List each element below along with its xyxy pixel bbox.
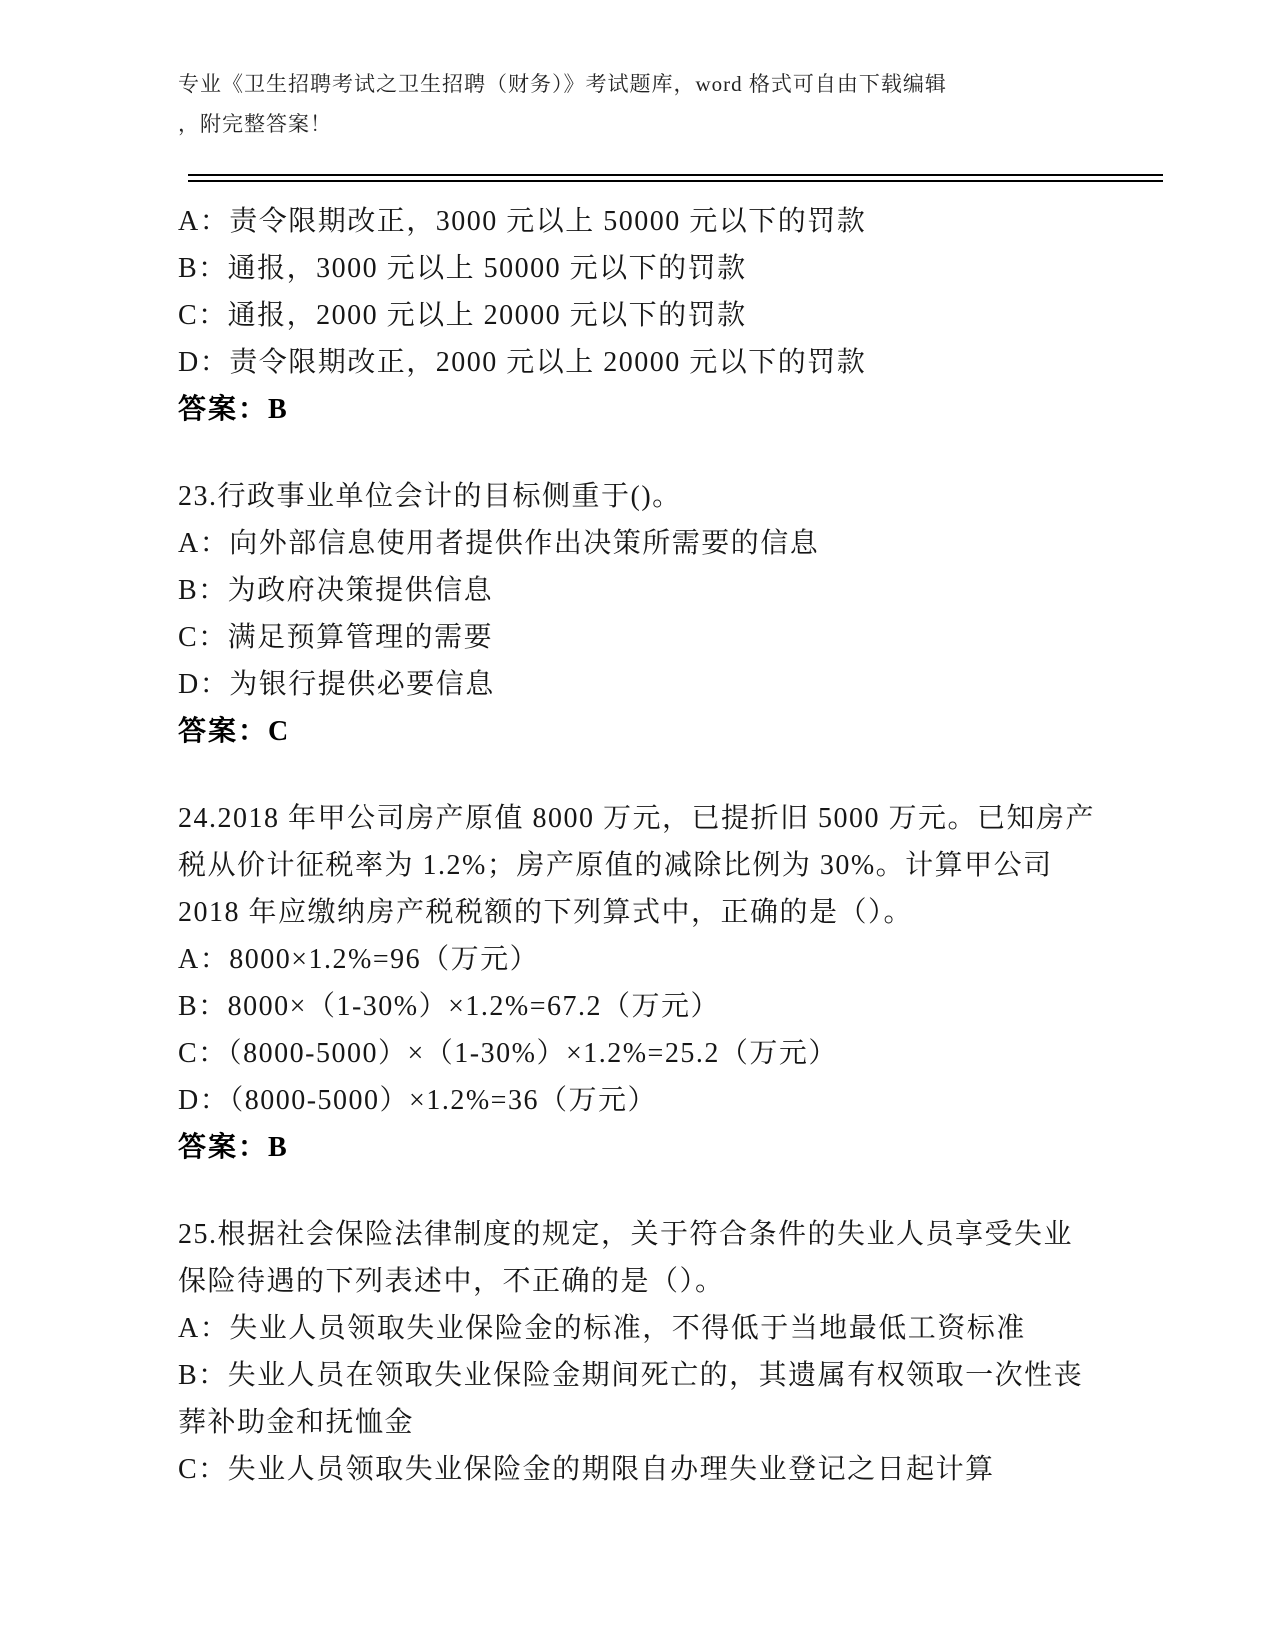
question-stem: 23.行政事业单位会计的目标侧重于()。 — [178, 473, 1120, 520]
option-line-d: D：（8000-5000）×1.2%=36（万元） — [178, 1077, 1120, 1124]
option-line-c: C：（8000-5000）×（1-30%）×1.2%=25.2（万元） — [178, 1030, 1120, 1077]
document-page: 专业《卫生招聘考试之卫生招聘（财务）》考试题库，word 格式可自由下载编辑 ，… — [0, 0, 1275, 1650]
question-stem-line-2: 保险待遇的下列表述中，不正确的是（）。 — [178, 1258, 1120, 1305]
answer-line: 答案：B — [178, 1124, 1120, 1171]
question-stem-line-1: 25.根据社会保险法律制度的规定，关于符合条件的失业人员享受失业 — [178, 1211, 1120, 1258]
option-line-b: B：失业人员在领取失业保险金期间死亡的，其遗属有权领取一次性丧 — [178, 1352, 1120, 1399]
option-line-b: B：8000×（1-30%）×1.2%=67.2（万元） — [178, 983, 1120, 1030]
option-line-c: C：满足预算管理的需要 — [178, 614, 1120, 661]
option-line-c: C：通报，2000 元以上 20000 元以下的罚款 — [178, 292, 1120, 339]
question-block-22: A：责令限期改正，3000 元以上 50000 元以下的罚款 B：通报，3000… — [178, 198, 1120, 433]
answer-line: 答案：C — [178, 708, 1120, 755]
question-block-24: 24.2018 年甲公司房产原值 8000 万元，已提折旧 5000 万元。已知… — [178, 795, 1120, 1171]
question-block-25: 25.根据社会保险法律制度的规定，关于符合条件的失业人员享受失业 保险待遇的下列… — [178, 1211, 1120, 1493]
option-line-b: B：通报，3000 元以上 50000 元以下的罚款 — [178, 245, 1120, 292]
option-line-d: D：为银行提供必要信息 — [178, 661, 1120, 708]
option-line-a: A：8000×1.2%=96（万元） — [178, 936, 1120, 983]
header-line-2: ，附完整答案！ — [178, 104, 1120, 144]
option-line-c: C：失业人员领取失业保险金的期限自办理失业登记之日起计算 — [178, 1446, 1120, 1493]
option-line-a: A：失业人员领取失业保险金的标准，不得低于当地最低工资标准 — [178, 1305, 1120, 1352]
document-header: 专业《卫生招聘考试之卫生招聘（财务）》考试题库，word 格式可自由下载编辑 ，… — [178, 64, 1120, 144]
header-line-1: 专业《卫生招聘考试之卫生招聘（财务）》考试题库，word 格式可自由下载编辑 — [178, 64, 1120, 104]
question-stem-line-3: 2018 年应缴纳房产税税额的下列算式中，正确的是（）。 — [178, 889, 1120, 936]
document-content: 专业《卫生招聘考试之卫生招聘（财务）》考试题库，word 格式可自由下载编辑 ，… — [178, 64, 1120, 1493]
option-line-b-wrap: 葬补助金和抚恤金 — [178, 1399, 1120, 1446]
question-block-23: 23.行政事业单位会计的目标侧重于()。 A：向外部信息使用者提供作出决策所需要… — [178, 473, 1120, 755]
header-divider-double-rule — [188, 174, 1163, 182]
option-line-b: B：为政府决策提供信息 — [178, 567, 1120, 614]
option-line-a: A：向外部信息使用者提供作出决策所需要的信息 — [178, 520, 1120, 567]
answer-line: 答案：B — [178, 386, 1120, 433]
question-stem-line-2: 税从价计征税率为 1.2%；房产原值的减除比例为 30%。计算甲公司 — [178, 842, 1120, 889]
option-line-a: A：责令限期改正，3000 元以上 50000 元以下的罚款 — [178, 198, 1120, 245]
question-stem-line-1: 24.2018 年甲公司房产原值 8000 万元，已提折旧 5000 万元。已知… — [178, 795, 1120, 842]
option-line-d: D：责令限期改正，2000 元以上 20000 元以下的罚款 — [178, 339, 1120, 386]
